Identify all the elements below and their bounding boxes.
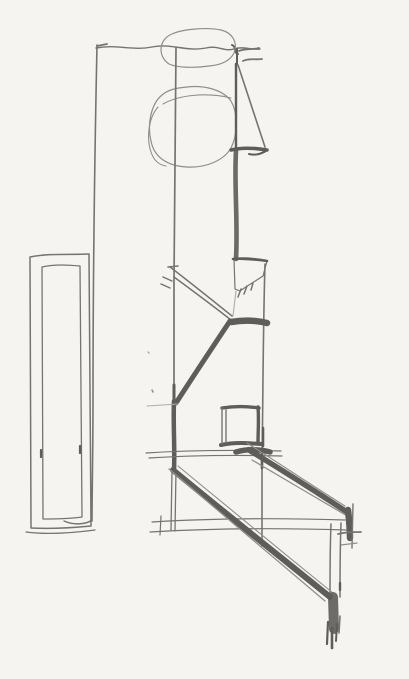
paper-background xyxy=(0,0,409,679)
node-bar-upper xyxy=(231,321,267,323)
foot-streak-3 xyxy=(336,624,337,641)
newel-thick-bar xyxy=(348,510,350,538)
spine-upper-thick xyxy=(235,151,236,259)
scanned-sketch-page xyxy=(0,0,409,679)
architectural-sketch-canvas xyxy=(0,0,409,679)
foot-streak-4 xyxy=(339,616,340,633)
paper-speck-2 xyxy=(148,352,149,353)
newel-guide-line xyxy=(352,504,353,548)
foot-bar-core xyxy=(333,597,334,629)
foot-streak-1 xyxy=(327,622,328,644)
mast-thick-segment xyxy=(174,401,175,470)
paper-speck-1 xyxy=(152,390,153,392)
box-top-edge xyxy=(222,407,259,409)
box-bottom-edge xyxy=(221,443,261,445)
